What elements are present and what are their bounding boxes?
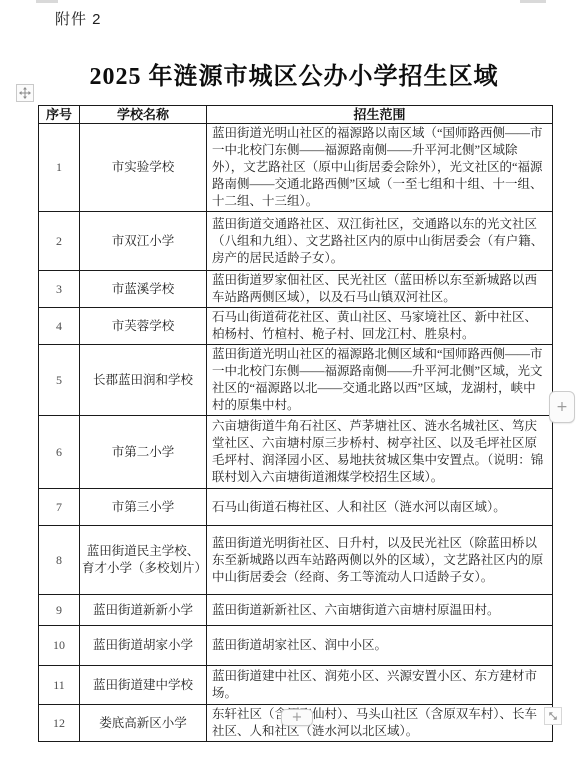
school-name: 娄底高新区小学	[80, 705, 207, 742]
table-move-handle[interactable]	[16, 84, 34, 102]
enrollment-area: 蓝田街道光明街社区、日升村，以及民光社区（除蓝田桥以东至新城路以西车站路两侧以外…	[207, 526, 553, 595]
school-name: 市实验学校	[80, 124, 207, 212]
document-title: 2025 年涟源市城区公办小学招生区域	[0, 56, 588, 91]
row-no: 10	[39, 626, 80, 666]
school-name: 市芙蓉学校	[80, 308, 207, 345]
page-top-right-mark	[520, 0, 546, 3]
enrollment-area: 蓝田街道新新社区、六亩塘街道六亩塘村原温田村。	[207, 595, 553, 626]
table-row: 2 市双江小学 蓝田街道交通路社区、双江街社区，交通路以东的光文社区（八组和九组…	[39, 212, 553, 271]
school-name: 蓝田街道民主学校、育才小学（多校划片）	[80, 526, 207, 595]
add-column-button[interactable]: +	[549, 391, 575, 423]
page-top-left-mark	[36, 0, 58, 3]
enrollment-area: 蓝田街道建中社区、润苑小区、兴源安置小区、东方建材市场。	[207, 666, 553, 705]
diagonal-resize-icon	[547, 710, 559, 722]
school-name: 市第二小学	[80, 416, 207, 489]
move-arrows-icon	[19, 87, 31, 99]
row-no: 4	[39, 308, 80, 345]
enrollment-area: 蓝田街道光明山社区的福源路北侧区域和“国师路西侧——市一中北校门东侧——福源路南…	[207, 345, 553, 416]
enrollment-table: 序号 学校名称 招生范围 1 市实验学校 蓝田街道光明山社区的福源路以南区域（“…	[38, 105, 553, 742]
row-no: 9	[39, 595, 80, 626]
row-no: 8	[39, 526, 80, 595]
table-header-row: 序号 学校名称 招生范围	[39, 106, 553, 124]
header-area: 招生范围	[207, 106, 553, 124]
enrollment-area: 石马山街道石梅社区、人和社区（涟水河以南区域）。	[207, 489, 553, 526]
header-school: 学校名称	[80, 106, 207, 124]
attachment-label: 附件 2	[55, 8, 102, 29]
table-row: 4 市芙蓉学校 石马山街道荷花社区、黄山社区、马家境社区、新中社区、柏杨村、竹楦…	[39, 308, 553, 345]
row-no: 7	[39, 489, 80, 526]
school-name: 蓝田街道新新小学	[80, 595, 207, 626]
enrollment-area: 蓝田街道罗家佃社区、民光社区（蓝田桥以东至新城路以西车站路两侧区域），以及石马山…	[207, 271, 553, 308]
school-name: 蓝田街道胡家小学	[80, 626, 207, 666]
table-row: 7 市第三小学 石马山街道石梅社区、人和社区（涟水河以南区域）。	[39, 489, 553, 526]
enrollment-area: 石马山街道荷花社区、黄山社区、马家境社区、新中社区、柏杨村、竹楦村、桅子村、回龙…	[207, 308, 553, 345]
row-no: 5	[39, 345, 80, 416]
row-no: 3	[39, 271, 80, 308]
table-resize-handle[interactable]	[544, 707, 562, 725]
enrollment-area: 蓝田街道光明山社区的福源路以南区域（“国师路西侧——市一中北校门东侧——福源路南…	[207, 124, 553, 212]
school-name: 蓝田街道建中学校	[80, 666, 207, 705]
enrollment-area: 蓝田街道交通路社区、双江街社区，交通路以东的光文社区（八组和九组）、文艺路社区内…	[207, 212, 553, 271]
enrollment-area: 六亩塘街道牛角石社区、芦茅塘社区、涟水名城社区、笃庆堂社区、六亩塘村原三步桥村、…	[207, 416, 553, 489]
school-name: 市蓝溪学校	[80, 271, 207, 308]
table-row: 1 市实验学校 蓝田街道光明山社区的福源路以南区域（“国师路西侧——市一中北校门…	[39, 124, 553, 212]
row-no: 2	[39, 212, 80, 271]
row-no: 11	[39, 666, 80, 705]
school-name: 市双江小学	[80, 212, 207, 271]
table-row: 9 蓝田街道新新小学 蓝田街道新新社区、六亩塘街道六亩塘村原温田村。	[39, 595, 553, 626]
school-name: 长郡蓝田润和学校	[80, 345, 207, 416]
row-no: 12	[39, 705, 80, 742]
header-no: 序号	[39, 106, 80, 124]
table-row: 10 蓝田街道胡家小学 蓝田街道胡家社区、润中小区。	[39, 626, 553, 666]
enrollment-area: 蓝田街道胡家社区、润中小区。	[207, 626, 553, 666]
table-row: 3 市蓝溪学校 蓝田街道罗家佃社区、民光社区（蓝田桥以东至新城路以西车站路两侧区…	[39, 271, 553, 308]
row-no: 6	[39, 416, 80, 489]
table-row: 6 市第二小学 六亩塘街道牛角石社区、芦茅塘社区、涟水名城社区、笃庆堂社区、六亩…	[39, 416, 553, 489]
enrollment-area: 东轩社区（含原飞仙村）、马头山社区（含原双车村）、长车社区、人和社区（涟水河以北…	[207, 705, 553, 742]
table-row: 8 蓝田街道民主学校、育才小学（多校划片） 蓝田街道光明街社区、日升村，以及民光…	[39, 526, 553, 595]
table-row: 5 长郡蓝田润和学校 蓝田街道光明山社区的福源路北侧区域和“国师路西侧——市一中…	[39, 345, 553, 416]
add-row-button[interactable]: +	[281, 709, 313, 726]
school-name: 市第三小学	[80, 489, 207, 526]
row-no: 1	[39, 124, 80, 212]
table-row: 11 蓝田街道建中学校 蓝田街道建中社区、润苑小区、兴源安置小区、东方建材市场。	[39, 666, 553, 705]
